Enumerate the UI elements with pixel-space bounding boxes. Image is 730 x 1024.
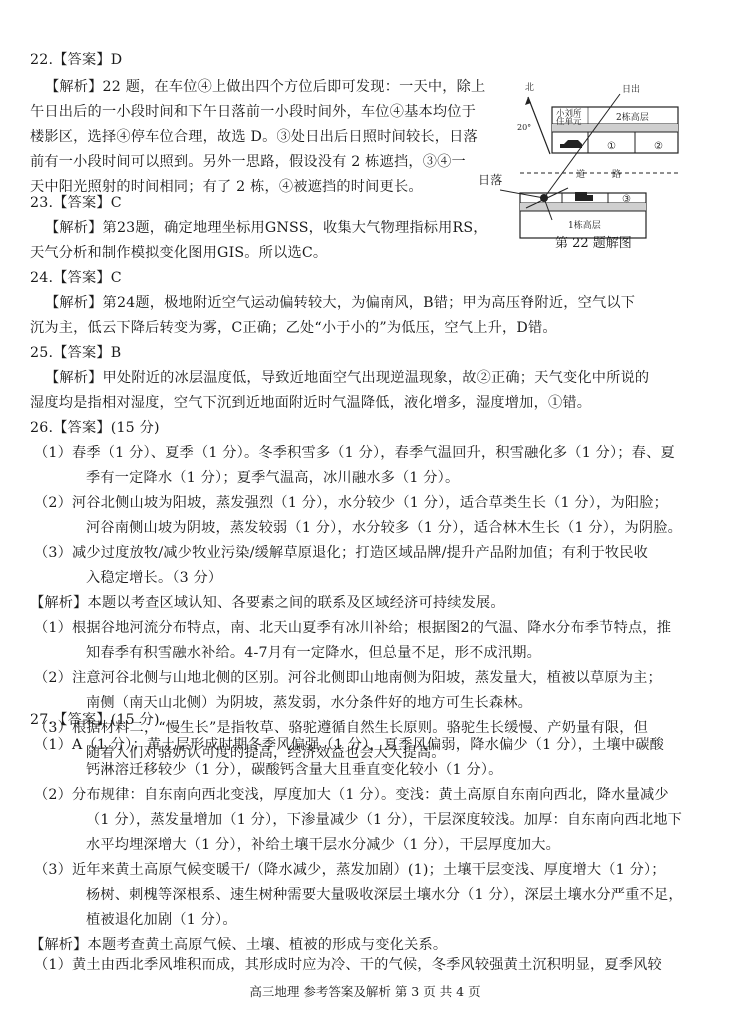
q24-answer: 24.【答案】C <box>30 268 122 288</box>
q27-line: 水平均埋深增大（1 分），补给土壤干层水分减少（1 分），干层厚度加大。 <box>86 835 560 855</box>
answer-page: 22.【答案】D 【解析】22 题，在车位④上做出四个方位后即可发现：一天中，除… <box>0 0 730 1024</box>
sunrise-label: 日出 <box>622 83 640 95</box>
q22-analysis-line: 楼影区，选择④停车位合理，故选 D。③处日出后日照时间较长，日落 <box>30 127 478 147</box>
q22-analysis-line: 【解析】22 题，在车位④上做出四个方位后即可发现：一天中，除上 <box>45 77 485 97</box>
q27-line: 钙淋溶迁移较少（1 分），碳酸钙含量大且垂直变化较小（1 分）。 <box>86 760 503 780</box>
slot3-label: ③ <box>622 194 631 205</box>
q25-analysis-line: 湿度均是指相对湿度，空气下沉到近地面附近时气温降低，液化增多，湿度增加，①错。 <box>30 393 591 413</box>
q26-line: （2）河谷北侧山坡为阳坡，蒸发强烈（1 分），水分较少（1 分），适合草类生长（… <box>34 493 668 513</box>
q25-answer: 25.【答案】B <box>30 343 121 363</box>
q26-line: （3）减少过度放牧/减少牧业污染/缓解草原退化；打造区域品牌/提升产品附加值；有… <box>34 543 648 563</box>
q26-line: 入稳定增长。（3 分） <box>86 568 222 588</box>
q26-line: （1）春季（1 分）、夏季（1 分）。冬季积雪多（1 分），春季气温回升，积雪融… <box>34 443 675 463</box>
q26-analysis-heading: 【解析】本题以考查区域认知、各要素之间的联系及区域经济可持续发展。 <box>30 593 505 613</box>
q27-line: （3）近年来黄土高原气候变暖干/（降水减少，蒸发加剧）(1)；土壤干层变浅、厚度… <box>34 860 666 880</box>
q25-analysis-line: 【解析】甲处附近的冰层温度低，导致近地面空气出现逆温现象，故②正确；天气变化中所… <box>45 368 649 388</box>
q24-analysis-line: 【解析】第24题，极地附近空气运动偏转较大，为偏南风，B错；甲为高压脊附近，空气… <box>45 293 635 313</box>
q26-line: （2）注意河谷北侧与山地北侧的区别。河谷北侧即山地南侧为阳坡，蒸发量大，植被以草… <box>34 668 662 688</box>
angle-label: 20° <box>517 123 531 132</box>
diagram-caption: 第 22 题解图 <box>555 232 632 251</box>
q27-line: （1）黄土由西北季风堆积而成，其形成时应为冷、干的气候，冬季风较强黄土沉积明显，… <box>34 955 662 975</box>
unit-label-2: 住单元 <box>556 116 582 127</box>
north-label: 北 <box>525 81 534 93</box>
q27-line: 植被退化加剧（1 分）。 <box>86 910 237 930</box>
car-icon <box>560 140 582 148</box>
parking-sun-diagram: 小刘所 住单元 2栋高层 ① ② 道 路 1栋高层 ③ 日出 <box>500 72 720 252</box>
q24-analysis-line: 沉为主，低云下降后转变为雾，C正确；乙处“小于小的”为低压，空气上升，D错。 <box>30 318 557 338</box>
page-footer: 高三地理 参考答案及解析 第 3 页 共 4 页 <box>0 982 730 1000</box>
q27-answer: 27.【答案】(15 分) <box>30 710 160 730</box>
q27-analysis-heading: 【解析】本题考查黄土高原气候、土壤、植被的形成与变化关系。 <box>30 935 447 955</box>
q23-analysis-line: 天气分析和制作模拟变化图用GIS。所以选C。 <box>30 243 327 263</box>
q26-answer: 26.【答案】(15 分) <box>30 418 160 438</box>
slot1-label: ① <box>607 141 616 152</box>
building2-label: 2栋高层 <box>616 111 649 123</box>
q26-line: 季有一定降水（1 分）；夏季气温高，冰川融水多（1 分）。 <box>86 468 459 488</box>
q27-line: 杨树、刺槐等深根系、速生树种需要大量吸收深层土壤水分（1 分），深层土壤水分严重… <box>86 885 683 905</box>
road-label-2: 路 <box>612 168 621 180</box>
building1-label: 1栋高层 <box>568 219 601 231</box>
q27-line: （2）分布规律：自东南向西北变浅，厚度加大（1 分）。变浅：黄土高原自东南向西北… <box>34 785 669 805</box>
q26-line: 知春季有积雪融水补给。4-7月有一定降水，但总量不足，形不成汛期。 <box>86 643 541 663</box>
q23-analysis-line: 【解析】第23题，确定地理坐标用GNSS，收集大气物理指标用RS， <box>45 218 488 238</box>
q26-line: （1）根据谷地河流分布特点，南、北天山夏季有冰川补给；根据图2的气温、降水分布季… <box>34 618 671 638</box>
slot2-label: ② <box>654 141 663 152</box>
q22-analysis-line: 午日出后的一小段时间和下午日落前一小段时间外，车位④基本均位于 <box>30 102 476 122</box>
q26-line: 河谷南侧山坡为阴坡，蒸发较弱（1 分），水分较多（1 分），适合林木生长（1 分… <box>86 518 682 538</box>
q22-diagram: 小刘所 住单元 2栋高层 ① ② 道 路 1栋高层 ③ 日出 <box>500 72 720 252</box>
q22-analysis-line: 前有一小段时间可以照到。另外一思路，假设没有 2 栋遮挡，③④一 <box>30 152 466 172</box>
sunset-label: 日落 <box>478 170 502 190</box>
q27-line: （1）A（1 分）；黄土层形成时期冬季风偏强（1 分），夏季风偏弱，降水偏少（1… <box>34 735 664 755</box>
road-label-1: 道 <box>576 168 585 180</box>
q23-answer: 23.【答案】C <box>30 193 122 213</box>
q22-answer: 22.【答案】D <box>30 50 122 70</box>
q27-line: （1 分），蒸发量增加（1 分），下渗量减少（1 分），干层深度较浅。加厚：自东… <box>86 810 682 830</box>
